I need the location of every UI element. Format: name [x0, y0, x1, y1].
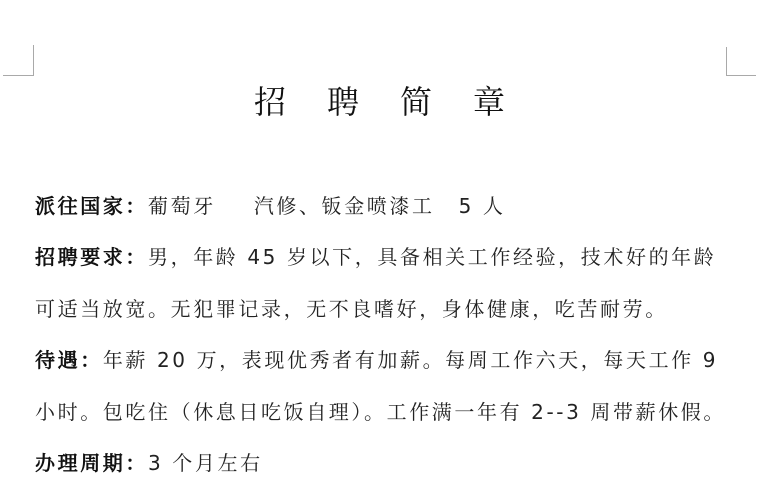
- destination-country: 葡萄牙: [148, 194, 216, 218]
- benefits-label: 待遇：: [35, 348, 103, 372]
- margin-corner-mark-top-right: [726, 47, 756, 76]
- document-body: 派往国家：葡萄牙汽修、钣金喷漆工5 人 招聘要求：男，年龄 45 岁以下，具备相…: [35, 192, 735, 496]
- benefits-text-1: 年薪 20 万，表现优秀者有加薪。每周工作六天，每天工作 9: [103, 348, 718, 372]
- requirements-text-2: 可适当放宽。无犯罪记录，无不良嗜好，身体健康，吃苦耐劳。: [35, 297, 668, 321]
- document-title: 招聘简章: [254, 80, 546, 124]
- destination-positions: 汽修、钣金喷漆工: [254, 194, 435, 218]
- benefits-line-2: 小时。包吃住（休息日吃饭自理）。工作满一年有 2--3 周带薪休假。: [35, 398, 735, 449]
- destination-headcount: 5 人: [459, 194, 506, 218]
- processing-line: 办理周期：3 个月左右: [35, 449, 735, 496]
- requirements-label: 招聘要求：: [35, 245, 148, 269]
- requirements-line-1: 招聘要求：男，年龄 45 岁以下，具备相关工作经验，技术好的年龄: [35, 243, 735, 294]
- destination-line: 派往国家：葡萄牙汽修、钣金喷漆工5 人: [35, 192, 735, 243]
- benefits-text-2: 小时。包吃住（休息日吃饭自理）。工作满一年有 2--3 周带薪休假。: [35, 400, 726, 424]
- processing-value: 3 个月左右: [148, 451, 263, 475]
- margin-corner-mark-top-left: [3, 45, 34, 76]
- requirements-line-2: 可适当放宽。无犯罪记录，无不良嗜好，身体健康，吃苦耐劳。: [35, 295, 735, 346]
- requirements-text-1: 男，年龄 45 岁以下，具备相关工作经验，技术好的年龄: [148, 245, 716, 269]
- destination-label: 派往国家：: [35, 194, 148, 218]
- processing-label: 办理周期：: [35, 451, 148, 475]
- benefits-line-1: 待遇：年薪 20 万，表现优秀者有加薪。每周工作六天，每天工作 9: [35, 346, 735, 397]
